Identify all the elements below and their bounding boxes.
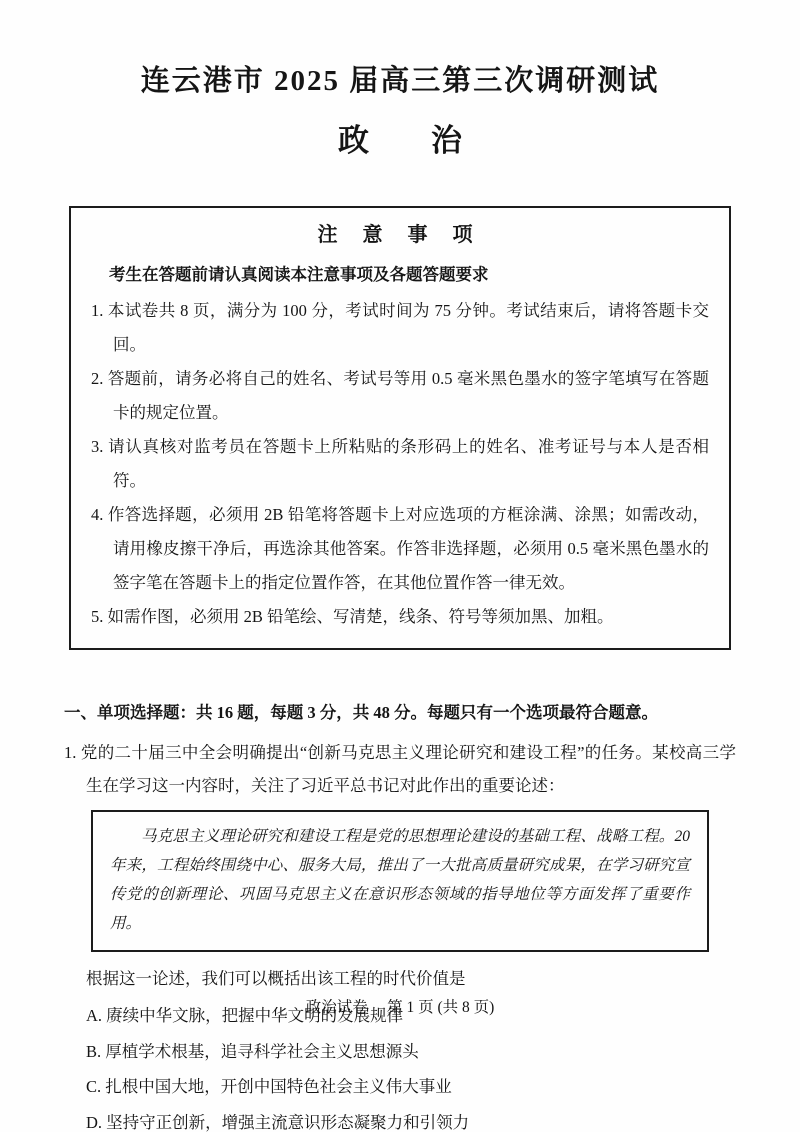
exam-page: 连云港市 2025 届高三第三次调研测试 政 治 注 意 事 项 考生在答题前请… (0, 0, 800, 1132)
notice-intro: 考生在答题前请认真阅读本注意事项及各题答题要求 (109, 262, 709, 288)
options-list: A. 赓续中华文脉，把握中华文明的发展规律 B. 厚植学术根基，追寻科学社会主义… (86, 998, 736, 1132)
question-prompt: 根据这一论述，我们可以概括出该工程的时代价值是 (86, 966, 736, 992)
notice-item-1: 1. 本试卷共 8 页，满分为 100 分，考试时间为 75 分钟。考试结束后，… (91, 294, 709, 362)
notice-box: 注 意 事 项 考生在答题前请认真阅读本注意事项及各题答题要求 1. 本试卷共 … (69, 206, 731, 650)
section-heading: 一、单项选择题：共 16 题，每题 3 分，共 48 分。每题只有一个选项最符合… (64, 700, 736, 726)
exam-title: 连云港市 2025 届高三第三次调研测试 (0, 58, 800, 99)
subject-title: 政 治 (0, 115, 800, 160)
quote-text: 马克思主义理论研究和建设工程是党的思想理论建设的基础工程、战略工程。20 年来，… (110, 822, 690, 938)
question-number: 1. (64, 743, 76, 762)
notice-header: 注 意 事 项 (91, 220, 709, 250)
notice-item-4: 4. 作答选择题，必须用 2B 铅笔将答题卡上对应选项的方框涂满、涂黑；如需改动… (91, 498, 709, 600)
page-footer: 政治试卷 第 1 页 (共 8 页) (0, 995, 800, 1017)
notice-item-3: 3. 请认真核对监考员在答题卡上所粘贴的条形码上的姓名、准考证号与本人是否相符。 (91, 430, 709, 498)
quote-box: 马克思主义理论研究和建设工程是党的思想理论建设的基础工程、战略工程。20 年来，… (91, 810, 709, 952)
option-b: B. 厚植学术根基，追寻科学社会主义思想源头 (86, 1034, 736, 1070)
option-d: D. 坚持守正创新，增强主流意识形态凝聚力和引领力 (86, 1105, 736, 1132)
question-stem-text: 党的二十届三中全会明确提出“创新马克思主义理论研究和建设工程”的任务。某校高三学… (81, 743, 736, 795)
question-stem: 1. 党的二十届三中全会明确提出“创新马克思主义理论研究和建设工程”的任务。某校… (64, 736, 736, 802)
notice-items: 1. 本试卷共 8 页，满分为 100 分，考试时间为 75 分钟。考试结束后，… (91, 294, 709, 634)
notice-item-5: 5. 如需作图，必须用 2B 铅笔绘、写清楚，线条、符号等须加黑、加粗。 (91, 600, 709, 634)
option-c: C. 扎根中国大地，开创中国特色社会主义伟大事业 (86, 1069, 736, 1105)
notice-item-2: 2. 答题前，请务必将自己的姓名、考试号等用 0.5 毫米黑色墨水的签字笔填写在… (91, 362, 709, 430)
main-content: 一、单项选择题：共 16 题，每题 3 分，共 48 分。每题只有一个选项最符合… (0, 700, 800, 1132)
